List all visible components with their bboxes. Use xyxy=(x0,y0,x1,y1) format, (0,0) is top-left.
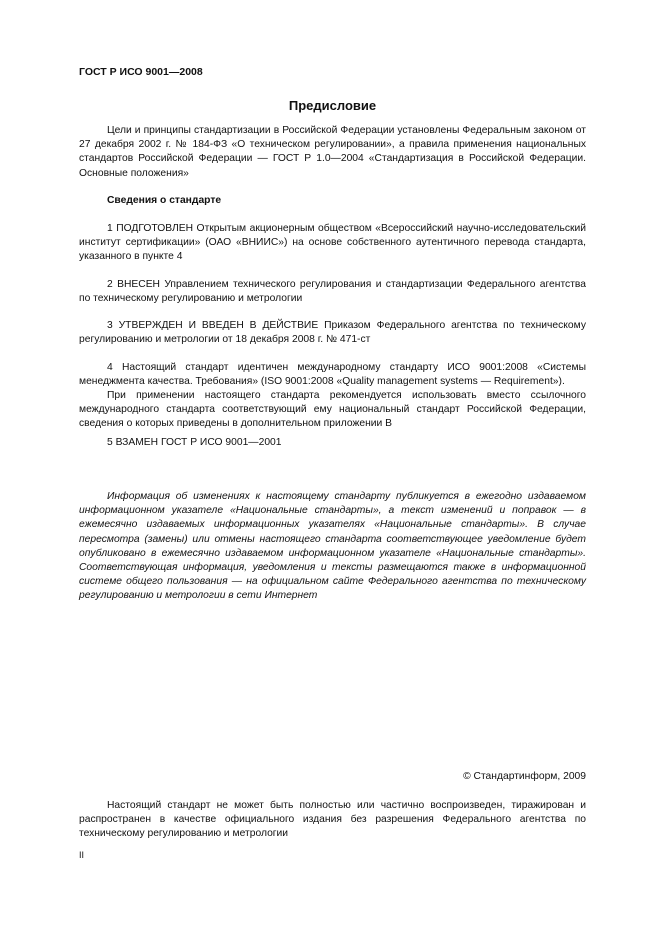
item-4-note: При применении настоящего стандарта реко… xyxy=(79,389,586,432)
item-4: 4 Настоящий стандарт идентичен междунаро… xyxy=(79,361,586,389)
reproduction-notice: Настоящий стандарт не может быть полност… xyxy=(79,799,586,842)
page-number: II xyxy=(79,850,84,860)
section-heading: Сведения о стандарте xyxy=(79,194,586,208)
item-5: 5 ВЗАМЕН ГОСТ Р ИСО 9001—2001 xyxy=(79,436,586,450)
intro-paragraph: Цели и принципы стандартизации в Российс… xyxy=(79,124,586,181)
copyright: © Стандартинформ, 2009 xyxy=(79,770,586,784)
info-note: Информация об изменениях к настоящему ст… xyxy=(79,490,586,604)
document-header: ГОСТ Р ИСО 9001—2008 xyxy=(79,66,203,78)
item-3: 3 УТВЕРЖДЕН И ВВЕДЕН В ДЕЙСТВИЕ Приказом… xyxy=(79,319,586,347)
item-2: 2 ВНЕСЕН Управлением технического регули… xyxy=(79,278,586,306)
item-1: 1 ПОДГОТОВЛЕН Открытым акционерным общес… xyxy=(79,222,586,265)
page-title: Предисловие xyxy=(79,98,586,113)
